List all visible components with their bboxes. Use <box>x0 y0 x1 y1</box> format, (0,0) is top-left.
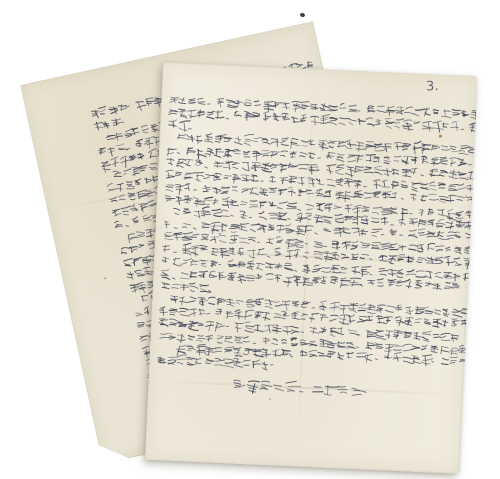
fold-crease <box>296 70 316 466</box>
fold-crease <box>149 380 461 396</box>
fold-crease <box>155 249 467 265</box>
rust-speck <box>416 281 418 283</box>
rust-speck <box>439 135 442 138</box>
manuscript-photo-scene: 3. <box>0 0 500 479</box>
front-page-sheet: 3. <box>145 62 477 474</box>
ink-smudge <box>218 233 221 235</box>
ink-dot <box>299 12 305 17</box>
ink-speck <box>104 277 106 279</box>
rust-speck <box>269 398 271 400</box>
page-number: 3. <box>426 79 439 95</box>
